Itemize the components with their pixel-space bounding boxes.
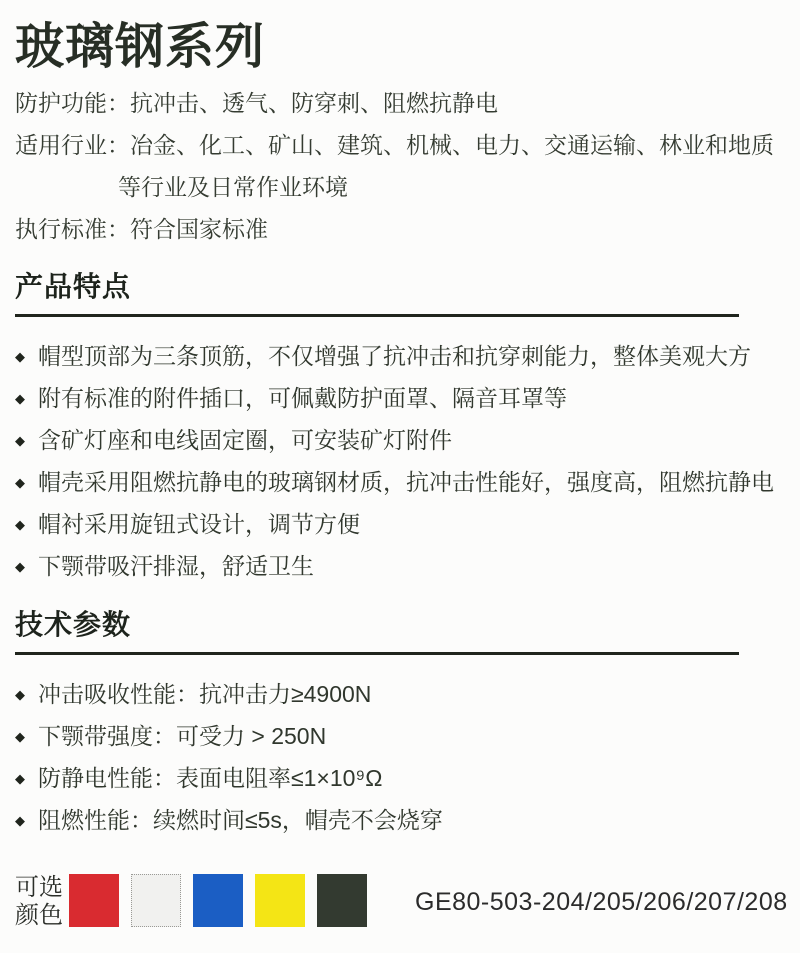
feature-item: ◆ 帽壳采用阻燃抗静电的玻璃钢材质，抗冲击性能好，强度高，阻燃抗静电 [15, 469, 760, 496]
feature-text: 含矿灯座和电线固定圈，可安装矿灯附件 [38, 427, 452, 454]
color-options-label-line2: 颜色 [15, 902, 65, 930]
info-row-industries: 适用行业：冶金、化工、矿山、建筑、机械、电力、交通运输、林业和地质 [15, 132, 760, 158]
spec-text: 下颚带强度：可受力 > 250N [38, 723, 326, 750]
info-row-standard: 执行标准：符合国家标准 [15, 216, 760, 242]
color-swatch-dark-green [317, 874, 367, 927]
diamond-bullet-icon: ◆ [15, 427, 28, 454]
feature-text: 附有标准的附件插口，可佩戴防护面罩、隔音耳罩等 [38, 385, 567, 412]
product-sheet-page: 玻璃钢系列 防护功能：抗冲击、透气、防穿刺、阻燃抗静电 适用行业：冶金、化工、矿… [0, 0, 800, 953]
info-row-protection: 防护功能：抗冲击、透气、防穿刺、阻燃抗静电 [15, 90, 760, 116]
product-info: 防护功能：抗冲击、透气、防穿刺、阻燃抗静电 适用行业：冶金、化工、矿山、建筑、机… [15, 90, 760, 242]
section-heading-specs: 技术参数 [15, 610, 760, 640]
color-options-label: 可选 颜色 [15, 874, 65, 930]
section-divider [15, 314, 739, 317]
spec-item: ◆ 防静电性能：表面电阻率≤1×10⁹Ω [15, 765, 760, 792]
spec-item: ◆ 下颚带强度：可受力 > 250N [15, 723, 760, 750]
diamond-bullet-icon: ◆ [15, 343, 28, 370]
diamond-bullet-icon: ◆ [15, 807, 28, 834]
feature-text: 帽壳采用阻燃抗静电的玻璃钢材质，抗冲击性能好，强度高，阻燃抗静电 [38, 469, 774, 496]
section-heading-features: 产品特点 [15, 272, 760, 302]
diamond-bullet-icon: ◆ [15, 765, 28, 792]
specs-list: ◆ 冲击吸收性能：抗冲击力≥4900N ◆ 下颚带强度：可受力 > 250N ◆… [15, 681, 760, 834]
feature-item: ◆ 含矿灯座和电线固定圈，可安装矿灯附件 [15, 427, 760, 454]
info-row-industries-cont: 等行业及日常作业环境 [15, 174, 760, 200]
diamond-bullet-icon: ◆ [15, 385, 28, 412]
feature-text: 帽衬采用旋钮式设计，调节方便 [38, 511, 360, 538]
spec-item: ◆ 阻燃性能：续燃时间≤5s，帽壳不会烧穿 [15, 807, 760, 834]
section-divider [15, 652, 739, 655]
diamond-bullet-icon: ◆ [15, 469, 28, 496]
color-swatch-white [131, 874, 181, 927]
diamond-bullet-icon: ◆ [15, 511, 28, 538]
color-options-label-line1: 可选 [15, 874, 65, 902]
diamond-bullet-icon: ◆ [15, 553, 28, 580]
spec-text: 阻燃性能：续燃时间≤5s，帽壳不会烧穿 [38, 807, 443, 834]
feature-text: 帽型顶部为三条顶筋，不仅增强了抗冲击和抗穿刺能力，整体美观大方 [38, 343, 751, 370]
section-product-features: 产品特点 ◆ 帽型顶部为三条顶筋，不仅增强了抗冲击和抗穿刺能力，整体美观大方 ◆… [15, 272, 760, 580]
color-options: 可选 颜色 GE80-503-204/205/206/207/208 [15, 874, 760, 930]
feature-item: ◆ 帽型顶部为三条顶筋，不仅增强了抗冲击和抗穿刺能力，整体美观大方 [15, 343, 760, 370]
color-swatch-red [69, 874, 119, 927]
model-code: GE80-503-204/205/206/207/208 [415, 888, 788, 917]
color-swatch-blue [193, 874, 243, 927]
page-title: 玻璃钢系列 [15, 20, 760, 74]
spec-item: ◆ 冲击吸收性能：抗冲击力≥4900N [15, 681, 760, 708]
diamond-bullet-icon: ◆ [15, 681, 28, 708]
spec-text: 防静电性能：表面电阻率≤1×10⁹Ω [38, 765, 382, 792]
features-list: ◆ 帽型顶部为三条顶筋，不仅增强了抗冲击和抗穿刺能力，整体美观大方 ◆ 附有标准… [15, 343, 760, 580]
diamond-bullet-icon: ◆ [15, 723, 28, 750]
color-swatch-yellow [255, 874, 305, 927]
feature-text: 下颚带吸汗排湿，舒适卫生 [38, 553, 314, 580]
feature-item: ◆ 附有标准的附件插口，可佩戴防护面罩、隔音耳罩等 [15, 385, 760, 412]
feature-item: ◆ 下颚带吸汗排湿，舒适卫生 [15, 553, 760, 580]
spec-text: 冲击吸收性能：抗冲击力≥4900N [38, 681, 371, 708]
feature-item: ◆ 帽衬采用旋钮式设计，调节方便 [15, 511, 760, 538]
section-tech-specs: 技术参数 ◆ 冲击吸收性能：抗冲击力≥4900N ◆ 下颚带强度：可受力 > 2… [15, 610, 760, 834]
